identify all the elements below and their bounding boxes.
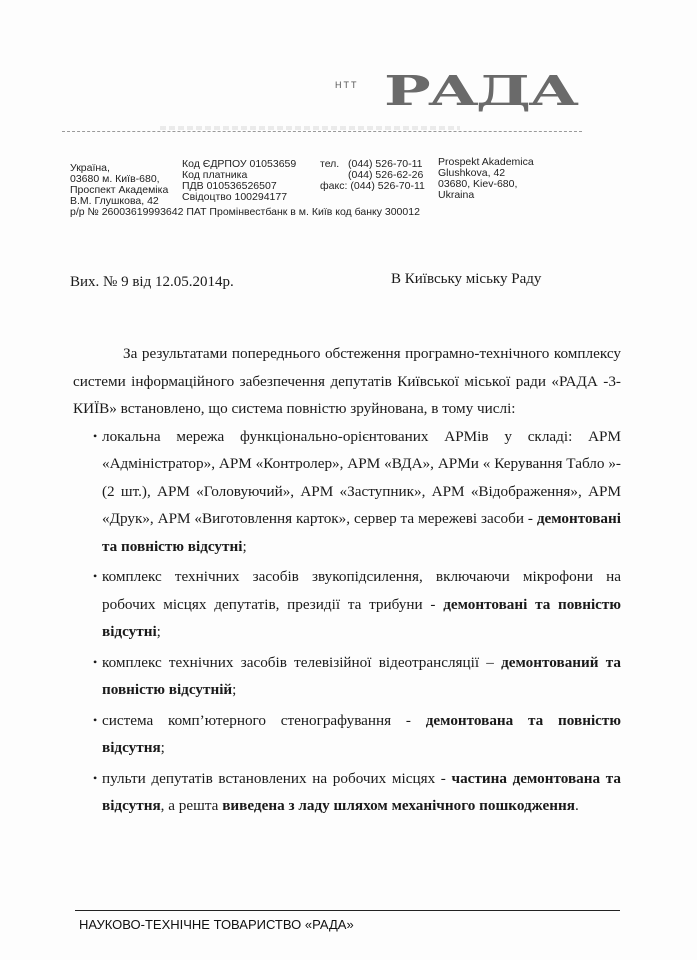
fax-number: (044) 526-70-11 (350, 181, 425, 192)
list-item: • пульти депутатів встановлених на робоч… (73, 765, 621, 820)
phone-label: тел. (320, 159, 348, 170)
logo-wordmark: РАДА (384, 70, 576, 111)
contact-phones: тел. (044) 526-70-11 (044) 526-62-26 фак… (320, 159, 425, 192)
addressee: В Київську міську Раду (391, 271, 541, 288)
address-ukrainian: Україна, 03680 м. Київ-680, Проспект Ака… (70, 163, 168, 207)
list-item: • комплекс технічних засобів телевізійно… (73, 649, 621, 704)
address-line: Ukraina (438, 190, 534, 201)
bullet-icon: • (93, 707, 97, 735)
letter-page: НТТ РАДА Україна, 03680 м. Київ-680, Про… (0, 0, 697, 960)
fax-row: факс: (044) 526-70-11 (320, 181, 425, 192)
list-item: • система комп’ютерного стенографування … (73, 707, 621, 762)
item-punct: ; (161, 739, 165, 756)
code-line: Свідоцтво 100294177 (182, 192, 296, 203)
logo-underline-texture (160, 126, 460, 130)
item-text: , а решта (161, 797, 223, 814)
item-punct: ; (232, 681, 236, 698)
item-punct: ; (157, 623, 161, 640)
bullet-icon: • (93, 765, 97, 793)
list-item: • локальна мережа функціонально-орієнтов… (73, 423, 621, 561)
registration-codes: Код ЄДРПОУ 01053659 Код платника ПДВ 010… (182, 159, 296, 203)
footer-organization: НАУКОВО-ТЕХНІЧНЕ ТОВАРИСТВО «РАДА» (79, 917, 354, 932)
list-item: • комплекс технічних засобів звукопідсил… (73, 563, 621, 646)
letter-body: За результатами попереднього обстеження … (73, 340, 621, 820)
item-text: система комп’ютерного стенографування - (102, 712, 426, 729)
header-divider (62, 131, 582, 132)
bullet-icon: • (93, 649, 97, 677)
bullet-icon: • (93, 423, 97, 451)
item-punct: ; (242, 538, 246, 555)
item-text: комплекс технічних засобів телевізійної … (102, 654, 501, 671)
outgoing-reference: Вих. № 9 від 12.05.2014р. (70, 274, 234, 291)
address-english: Prospekt Akademica Glushkova, 42 03680, … (438, 157, 534, 201)
bank-details: р/р № 26003619993642 ПАТ Промінвестбанк … (70, 207, 420, 218)
item-text: пульти депутатів встановлених на робочих… (102, 770, 452, 787)
logo-prefix: НТТ (335, 80, 359, 90)
footer-divider (75, 910, 620, 911)
bullet-icon: • (93, 563, 97, 591)
item-punct: . (575, 797, 579, 814)
item-status: виведена з ладу шляхом механічного пошко… (222, 797, 575, 814)
fax-label: факс: (320, 181, 347, 192)
intro-paragraph: За результатами попереднього обстеження … (73, 340, 621, 423)
findings-list: • локальна мережа функціонально-орієнтов… (73, 423, 621, 820)
